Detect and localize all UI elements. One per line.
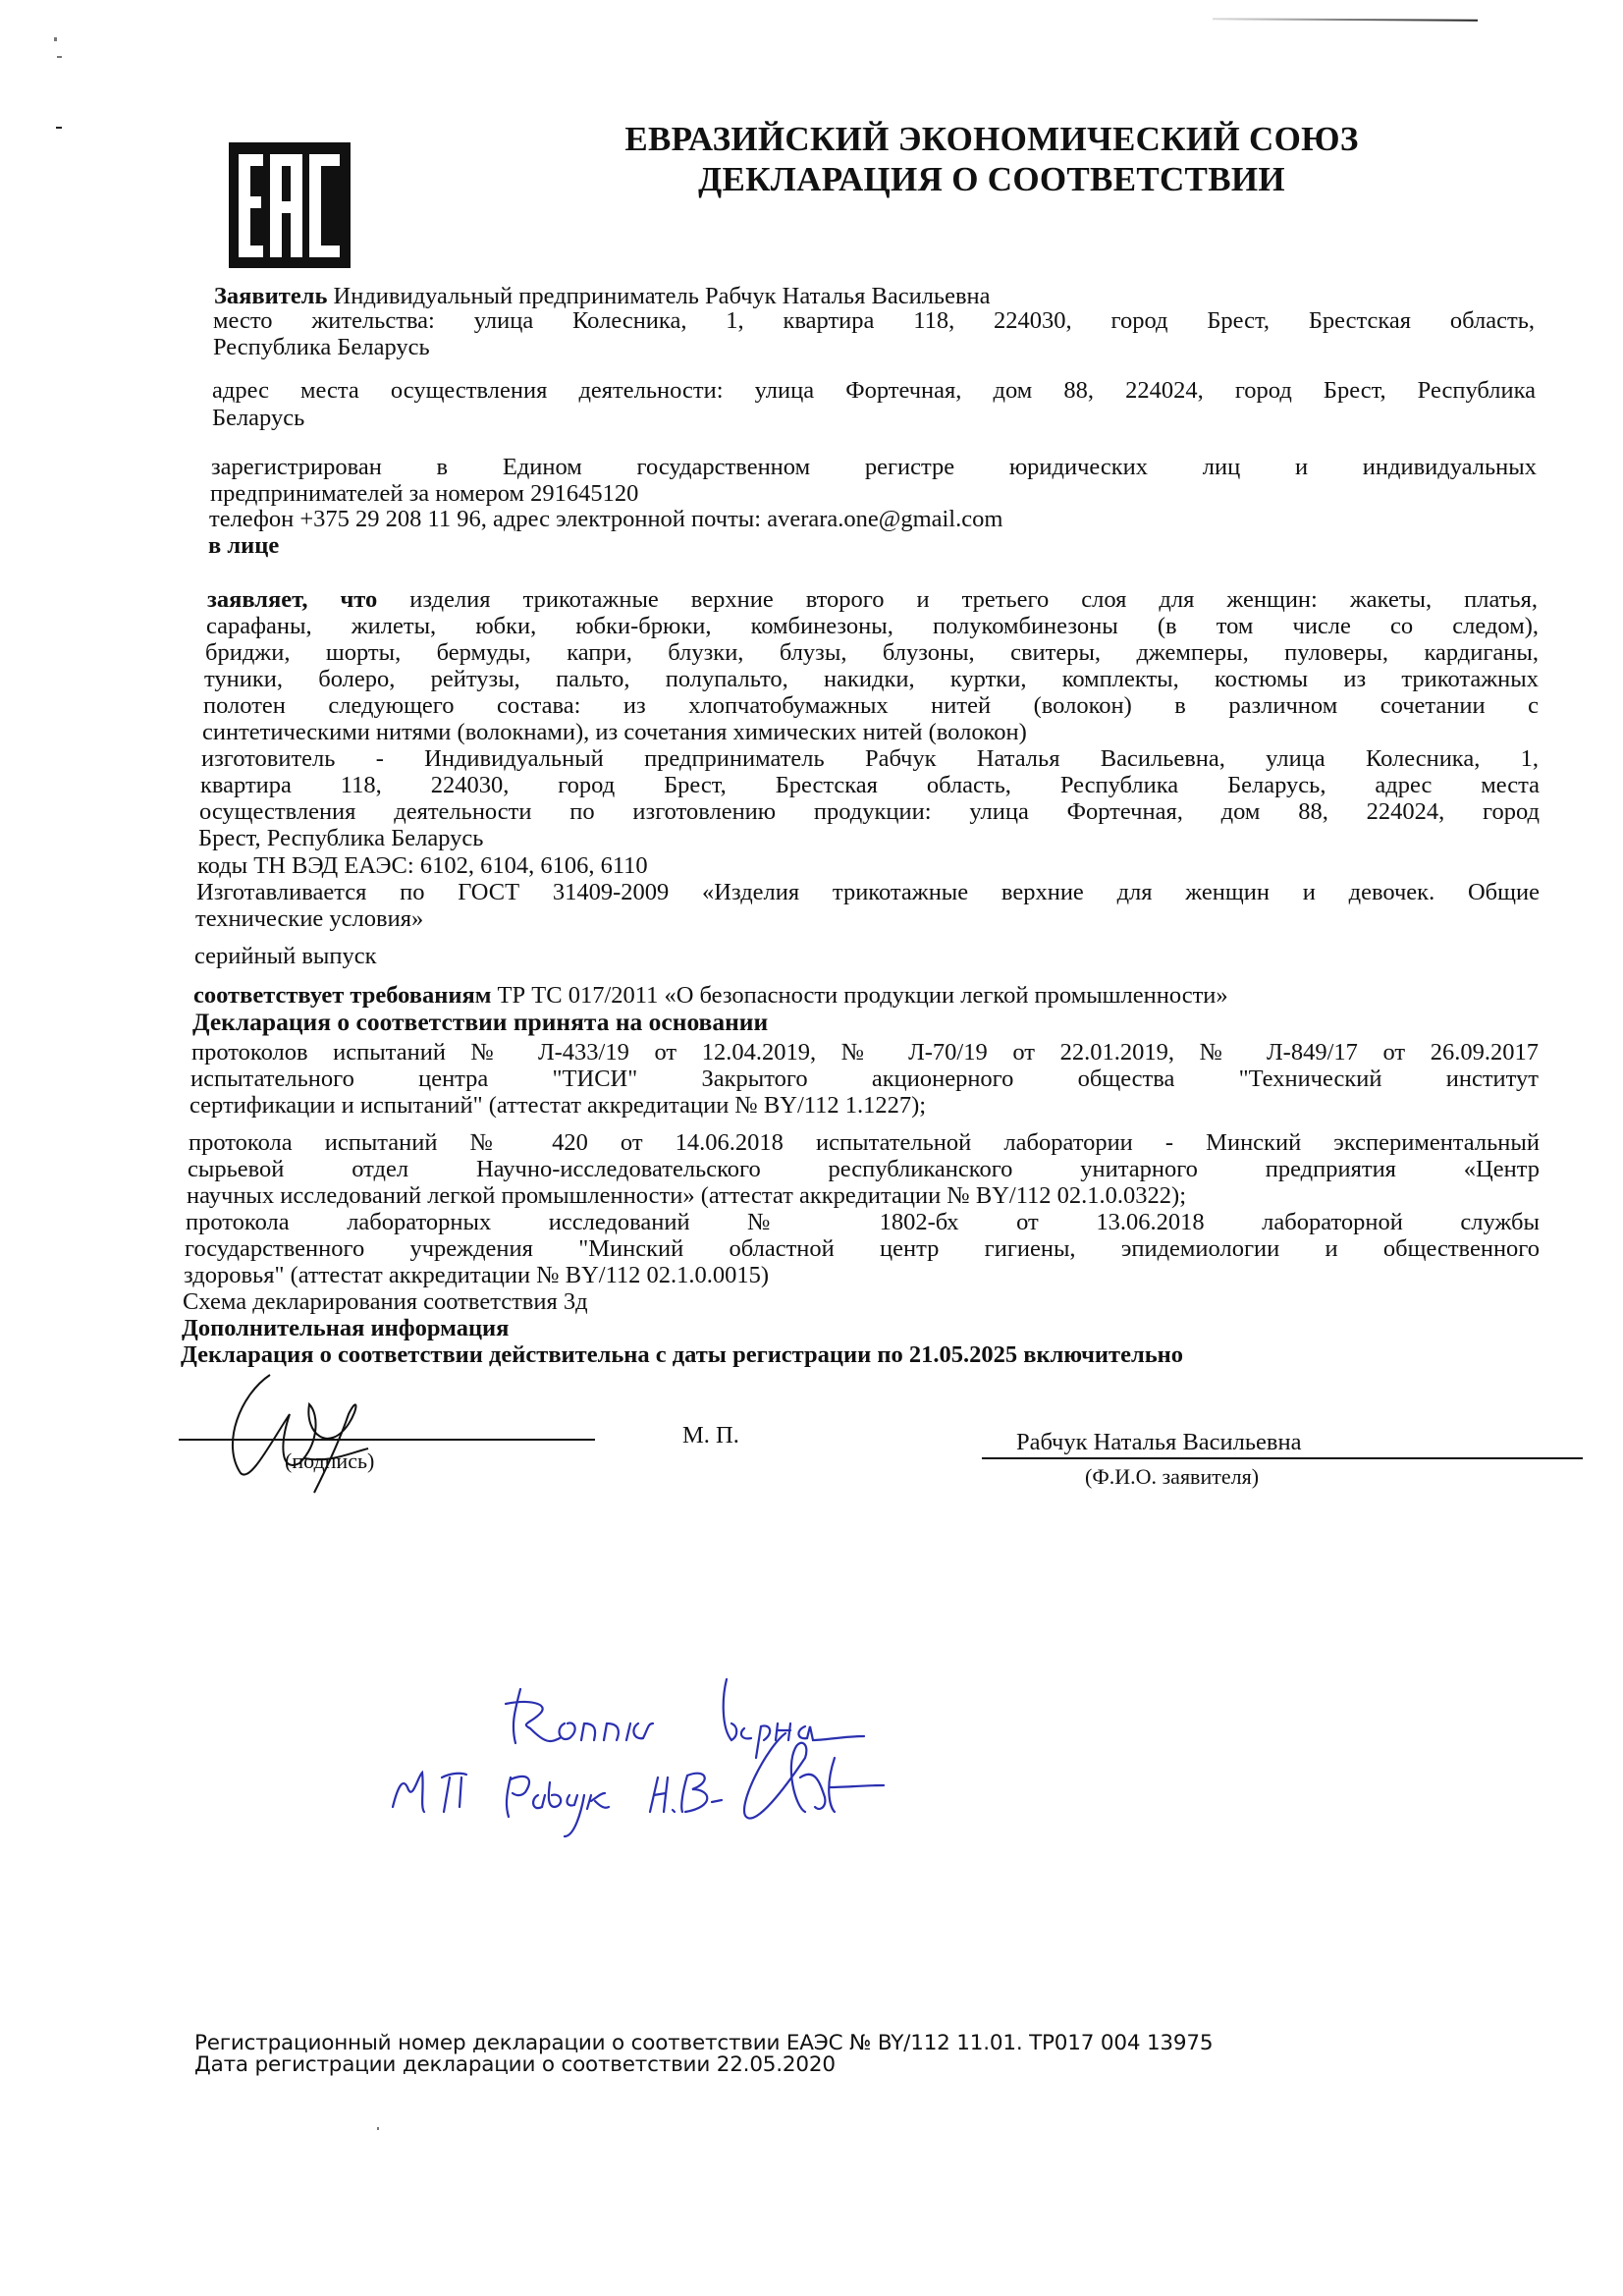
basis-line-5: сырьевой отдел Научно-исследовательского… — [188, 1156, 1540, 1182]
registration-date: Дата регистрации декларации о соответств… — [194, 2052, 836, 2077]
additional-info-heading: Дополнительная информация — [182, 1315, 509, 1341]
signature-caption: (подпись) — [285, 1448, 374, 1474]
standard-line-2: технические условия» — [195, 905, 423, 932]
basis-line-6: научных исследований легкой промышленнос… — [187, 1182, 1186, 1209]
basis-line-9: здоровья" (аттестат аккредитации № BY/11… — [184, 1262, 769, 1288]
name-line — [982, 1457, 1583, 1459]
manufacturer-line-2: квартира 118, 224030, город Брест, Брест… — [200, 772, 1540, 798]
scan-artifact-line — [1213, 18, 1478, 21]
statement-line-4: туники, болеро, рейтузы, пальто, полупал… — [204, 666, 1539, 692]
contacts-line: телефон +375 29 208 11 96, адрес электро… — [209, 506, 1002, 532]
compliance-line: соответствует требованиям ТР ТС 017/2011… — [193, 982, 1228, 1009]
statement-line-2: сарафаны, жилеты, юбки, юбки-брюки, комб… — [206, 613, 1539, 639]
declaration-scheme: Схема декларирования соответствия 3д — [183, 1288, 588, 1315]
basis-line-4: протокола испытаний № 420 от 14.06.2018 … — [189, 1129, 1540, 1156]
manufacturer-line-4: Брест, Республика Беларусь — [198, 825, 483, 851]
basis-line-1: протоколов испытаний № Л-433/19 от 12.04… — [191, 1039, 1539, 1066]
scan-artifact-mark — [377, 2127, 379, 2130]
residence-line-1: место жительства: улица Колесника, 1, кв… — [213, 307, 1535, 334]
basis-line-7: протокола лабораторных исследований № 18… — [186, 1209, 1540, 1235]
union-title: ЕВРАЗИЙСКИЙ ЭКОНОМИЧЕСКИЙ СОЮЗ — [550, 120, 1434, 159]
release-type: серийный выпуск — [194, 943, 377, 969]
compliance-text: ТР ТС 017/2011 «О безопасности продукции… — [491, 982, 1227, 1009]
manufacturer-line-3: осуществления деятельности по изготовлен… — [199, 798, 1540, 825]
handwritten-line-1: Копия верна — [550, 1704, 677, 1730]
scan-artifact-mark — [54, 37, 57, 41]
statement-line-6: синтетическими нитями (волокнами), из со… — [202, 719, 1027, 745]
in-person-label: в лице — [208, 532, 279, 559]
name-caption: (Ф.И.О. заявителя) — [1085, 1463, 1259, 1490]
compliance-bold-prefix: соответствует требованиям — [193, 982, 491, 1009]
statement-line-5: полотен следующего состава: из хлопчатоб… — [203, 692, 1539, 719]
scan-artifact-mark — [57, 56, 62, 58]
applicant-name: Индивидуальный предприниматель Рабчук На… — [334, 283, 991, 309]
basis-heading: Декларация о соответствии принята на осн… — [192, 1009, 768, 1035]
basis-line-3: сертификации и испытаний" (аттестат аккр… — [189, 1092, 926, 1119]
statement-line-3: бриджи, шорты, бермуды, капри, блузки, б… — [205, 639, 1539, 666]
statement-text: изделия трикотажные верхние второго и тр… — [409, 586, 1538, 613]
standard-line-1: Изготавливается по ГОСТ 31409-2009 «Изде… — [196, 879, 1540, 905]
statement-bold-prefix: заявляет, что — [207, 586, 377, 613]
registration-line-2: предпринимателей за номером 291645120 — [210, 480, 638, 507]
applicant-printed-name: Рабчук Наталья Васильевна — [1016, 1429, 1301, 1455]
statement-line-1: заявляет, что изделия трикотажные верхни… — [207, 586, 1538, 613]
basis-line-2: испытательного центра "ТИСИ" Закрытого а… — [190, 1066, 1539, 1092]
activity-address-line-2: Беларусь — [212, 405, 304, 431]
manufacturer-line-1: изготовитель - Индивидуальный предприним… — [201, 745, 1539, 772]
hs-codes: коды ТН ВЭД ЕАЭС: 6102, 6104, 6106, 6110 — [197, 852, 648, 879]
residence-line-2: Республика Беларусь — [213, 334, 430, 360]
registration-line-1: зарегистрирован в Едином государственном… — [211, 454, 1537, 480]
scan-artifact-mark — [56, 127, 62, 129]
applicant-label: Заявитель — [214, 283, 327, 309]
eac-logo-icon — [229, 142, 351, 268]
document-title: ДЕКЛАРАЦИЯ О СООТВЕТСТВИИ — [550, 160, 1434, 199]
signature-line — [179, 1439, 595, 1441]
seal-label: М. П. — [682, 1422, 739, 1449]
applicant-line: Заявитель Индивидуальный предприниматель… — [214, 283, 991, 309]
activity-address-line-1: адрес места осуществления деятельности: … — [212, 377, 1536, 404]
handwritten-line-2: ИП Рабчук Н.В. — [393, 1777, 556, 1804]
basis-line-8: государственного учреждения "Минский обл… — [185, 1235, 1540, 1262]
handwritten-certification-icon — [373, 1669, 1257, 1866]
